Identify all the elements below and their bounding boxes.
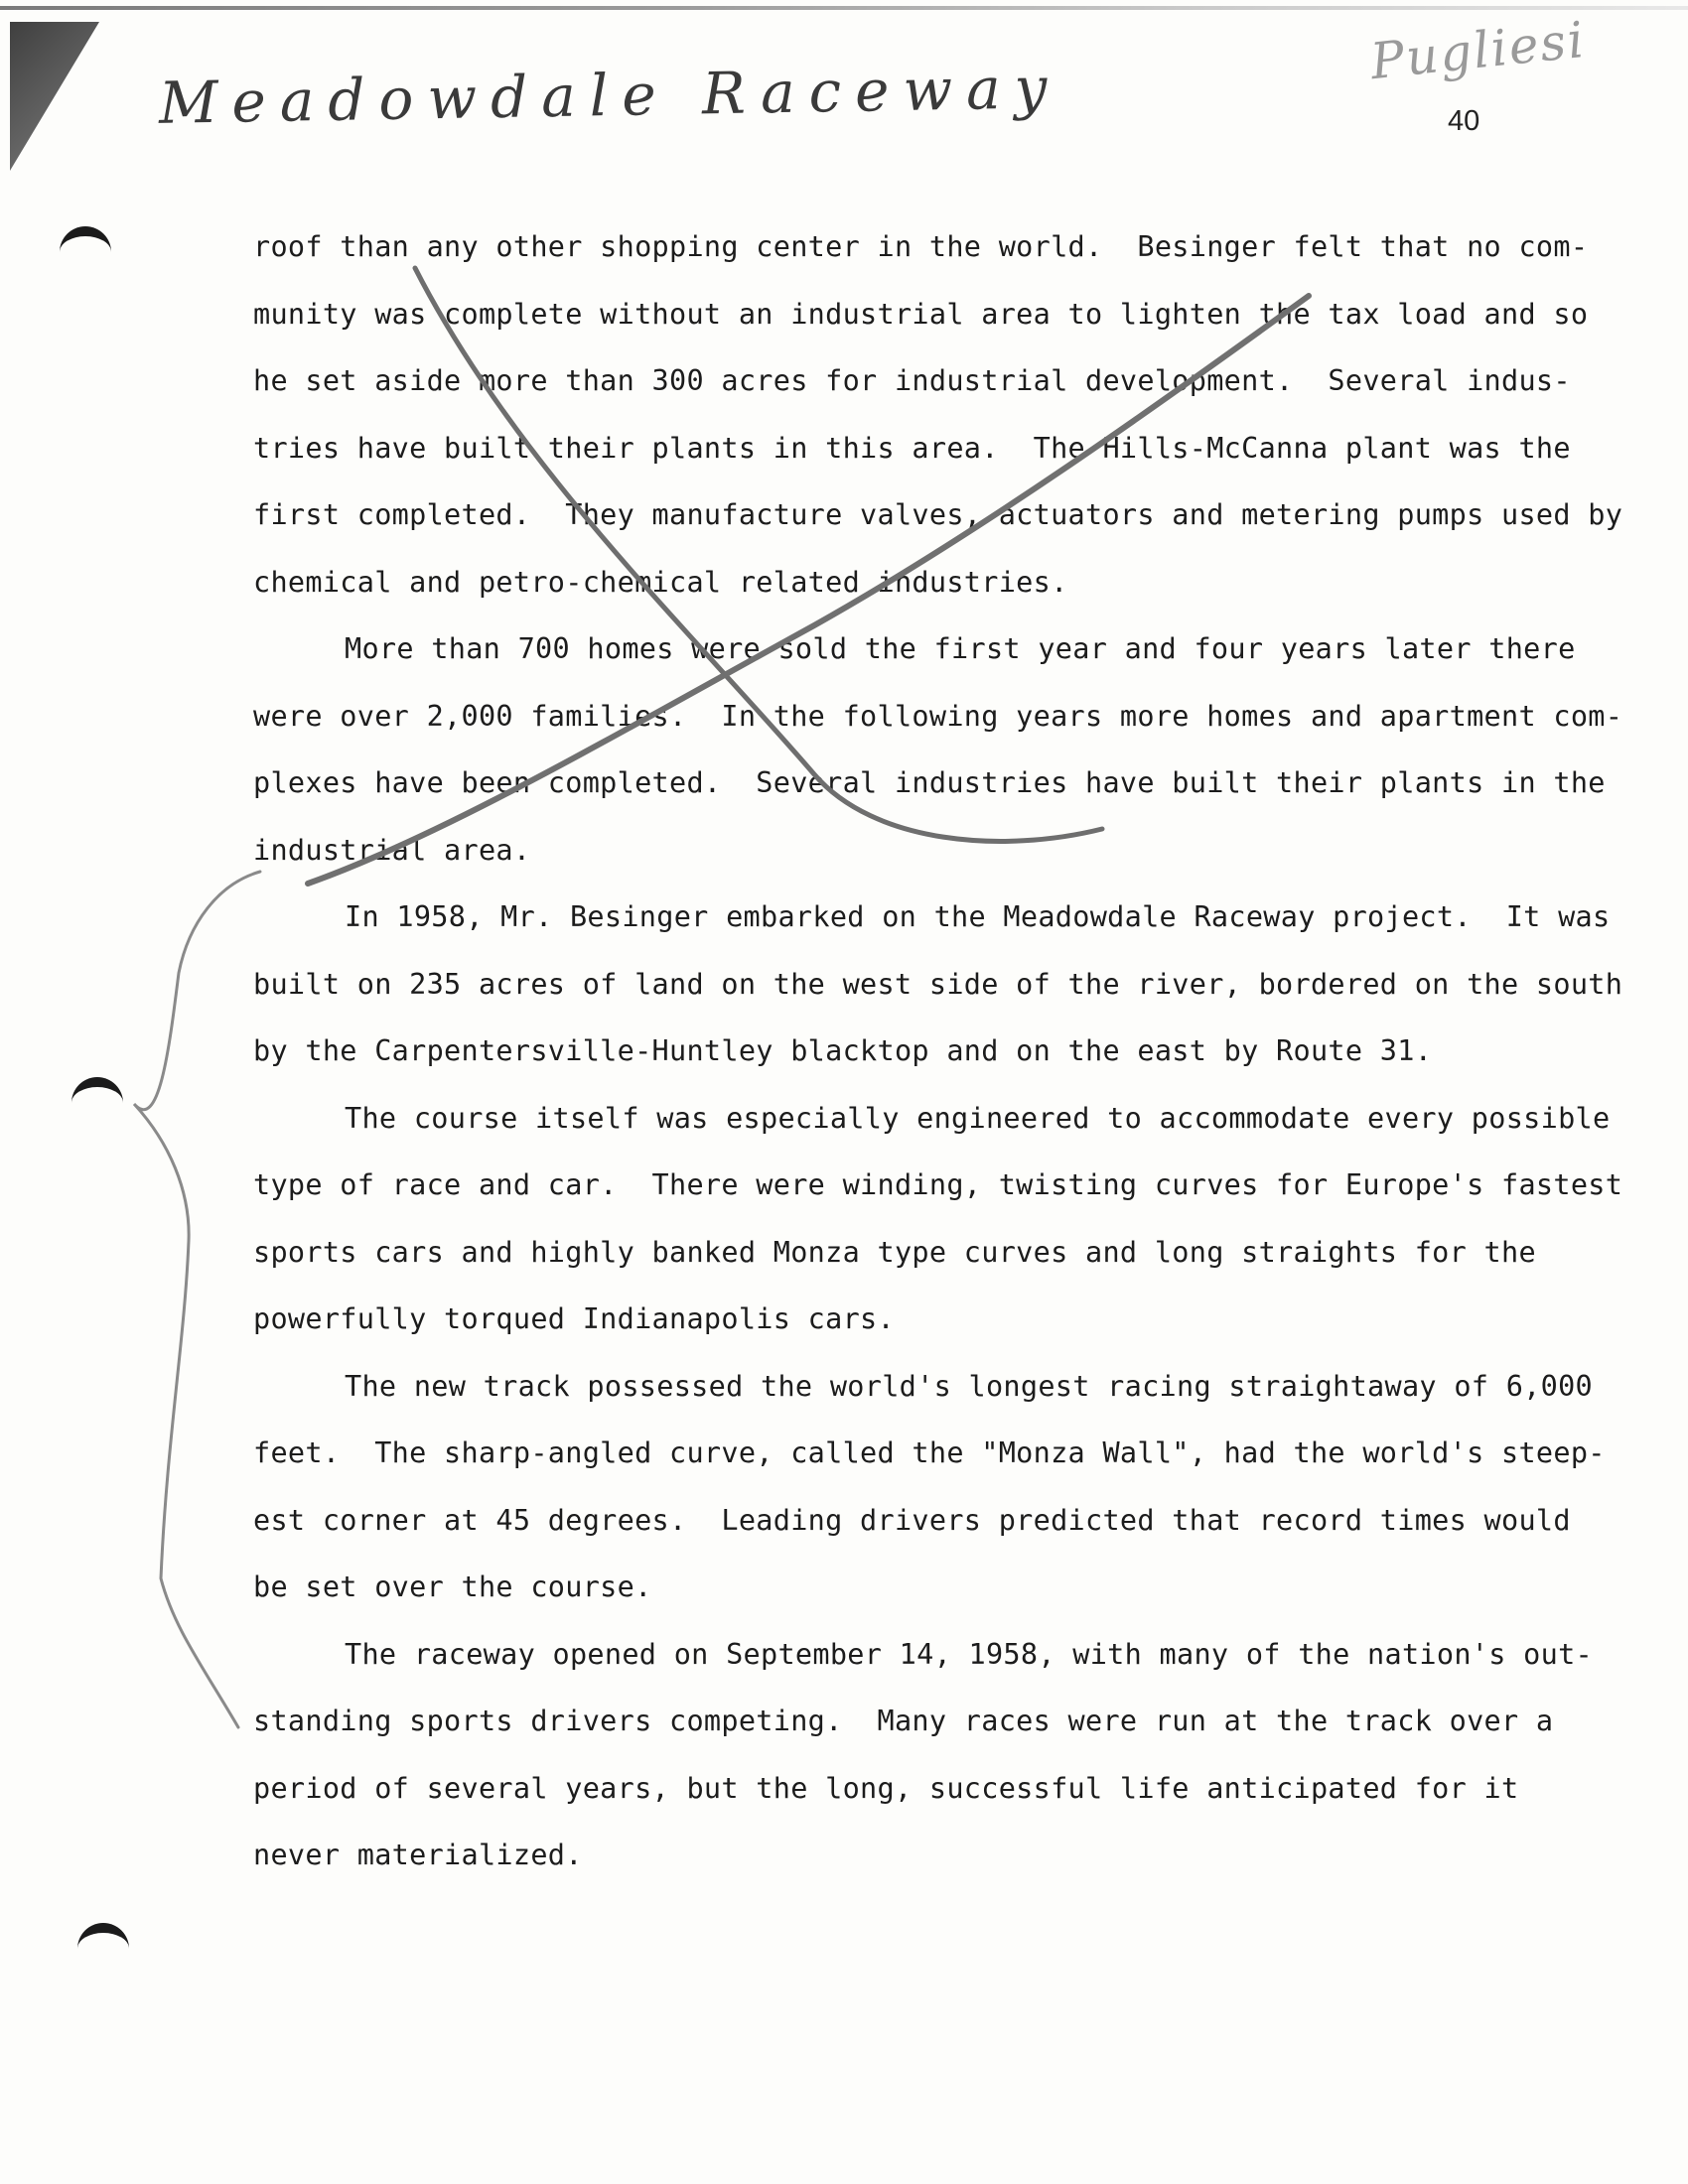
paragraph: roof than any other shopping center in t… — [253, 213, 1604, 615]
text-line: plexes have been completed. Several indu… — [253, 750, 1604, 817]
text-line: feet. The sharp-angled curve, called the… — [253, 1420, 1604, 1487]
text-line: munity was complete without an industria… — [253, 281, 1604, 348]
punch-hole-middle — [71, 1077, 123, 1103]
text-line: est corner at 45 degrees. Leading driver… — [253, 1487, 1604, 1555]
text-line: by the Carpentersville-Huntley blacktop … — [253, 1018, 1604, 1085]
text-line: tries have built their plants in this ar… — [253, 415, 1604, 482]
paragraph: The raceway opened on September 14, 1958… — [253, 1621, 1604, 1889]
text-line: The course itself was especially enginee… — [253, 1085, 1604, 1153]
text-line: roof than any other shopping center in t… — [253, 213, 1604, 281]
text-line: powerfully torqued Indianapolis cars. — [253, 1286, 1604, 1353]
text-line: type of race and car. There were winding… — [253, 1152, 1604, 1219]
text-line: standing sports drivers competing. Many … — [253, 1688, 1604, 1755]
paragraph: In 1958, Mr. Besinger embarked on the Me… — [253, 884, 1604, 1085]
paragraph: More than 700 homes were sold the first … — [253, 615, 1604, 884]
text-line: The new track possessed the world's long… — [253, 1353, 1604, 1421]
text-line: built on 235 acres of land on the west s… — [253, 951, 1604, 1019]
signature: Pugliesi — [1368, 11, 1589, 90]
paragraph: The course itself was especially enginee… — [253, 1085, 1604, 1353]
punch-hole-bottom — [77, 1923, 129, 1949]
punch-hole-top — [60, 226, 111, 252]
text-line: first completed. They manufacture valves… — [253, 481, 1604, 549]
text-line: industrial area. — [253, 817, 1604, 885]
text-line: period of several years, but the long, s… — [253, 1755, 1604, 1823]
text-line: sports cars and highly banked Monza type… — [253, 1219, 1604, 1287]
document-body: roof than any other shopping center in t… — [253, 213, 1604, 1889]
margin-bracket — [134, 872, 260, 1727]
text-line: The raceway opened on September 14, 1958… — [253, 1621, 1604, 1689]
text-line: were over 2,000 families. In the followi… — [253, 683, 1604, 751]
scan-top-edge — [0, 6, 1688, 10]
text-line: never materialized. — [253, 1822, 1604, 1889]
text-line: chemical and petro-chemical related indu… — [253, 549, 1604, 616]
scan-corner-shadow — [10, 22, 99, 171]
text-line: he set aside more than 300 acres for ind… — [253, 347, 1604, 415]
text-line: be set over the course. — [253, 1554, 1604, 1621]
paragraph: The new track possessed the world's long… — [253, 1353, 1604, 1621]
text-line: More than 700 homes were sold the first … — [253, 615, 1604, 683]
handwritten-title: Meadowdale Raceway — [158, 54, 1060, 137]
page-number: 40 — [1448, 105, 1479, 138]
text-line: In 1958, Mr. Besinger embarked on the Me… — [253, 884, 1604, 951]
